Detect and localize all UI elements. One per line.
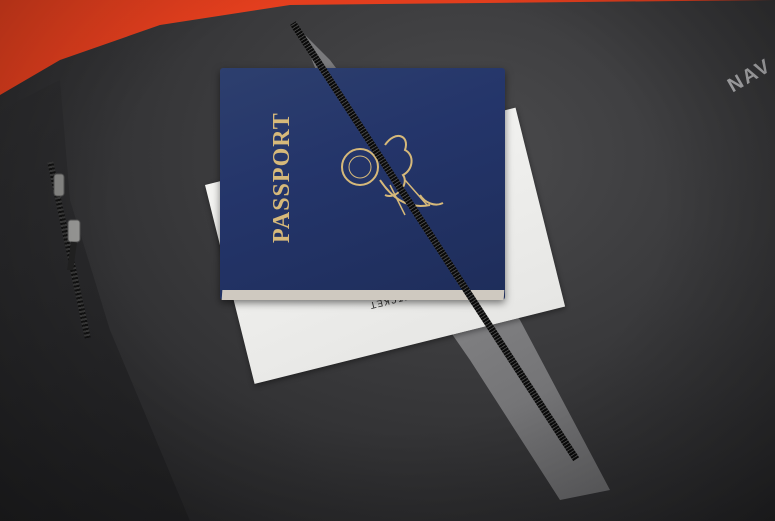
side-zipper-pull bbox=[48, 160, 88, 340]
passport-pages-edge bbox=[222, 290, 505, 300]
photo-scene: AIR RECEIPT EXCESS BAGGAGE TICKET PASSPO… bbox=[0, 0, 775, 521]
zipper-pull-icon bbox=[48, 170, 88, 270]
passport-title: PASSPORT bbox=[262, 108, 302, 248]
